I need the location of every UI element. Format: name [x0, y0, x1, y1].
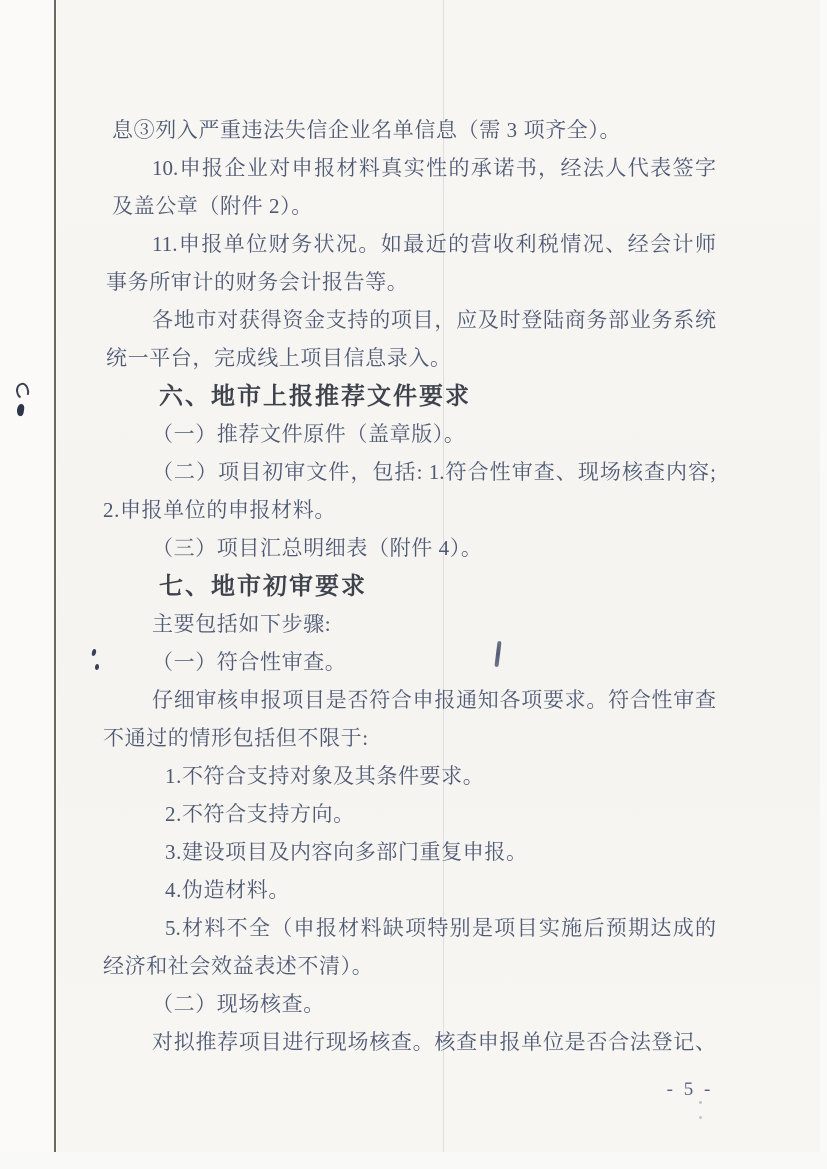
document-line: 3.建设项目及内容向多部门重复申报。 [165, 833, 528, 871]
faint-dot-lower-icon [699, 1116, 702, 1119]
section-heading: 七、地市初审要求 [159, 567, 367, 605]
document-line: 2.不符合支持方向。 [165, 795, 355, 833]
section-heading: 六、地市上报推荐文件要求 [159, 377, 471, 415]
document-line: 及盖公章（附件 2）。 [112, 187, 313, 225]
document-line: （一）推荐文件原件（盖章版）。 [152, 415, 466, 453]
document-line: 4.伪造材料。 [165, 871, 290, 909]
document-line: 11.申报单位财务状况。如最近的营收利税情况、经会计师 [152, 225, 716, 263]
document-line: （三）项目汇总明细表（附件 4）。 [152, 529, 482, 567]
document-line: 统一平台，完成线上项目信息录入。 [106, 339, 452, 377]
document-line: 2.申报单位的申报材料。 [103, 491, 336, 529]
document-line: 5.材料不全（申报材料缺项特别是项目实施后预期达成的 [165, 909, 716, 947]
document-line: 主要包括如下步骤: [152, 605, 331, 643]
document-line: （二）现场核查。 [152, 985, 325, 1023]
document-line: 对拟推荐项目进行现场核查。核查申报单位是否合法登记、 [152, 1023, 716, 1061]
page-number: - 5 - [640, 1072, 740, 1108]
document-line: （二）项目初审文件，包括: 1.符合性审查、现场核查内容; [152, 453, 716, 491]
document-line: 不通过的情形包括但不限于: [103, 719, 369, 757]
scanned-document-page: 息③列入严重违法失信企业名单信息（需 3 项齐全）。10.申报企业对申报材料真实… [0, 0, 827, 1169]
document-line: 事务所审计的财务会计报告等。 [106, 263, 408, 301]
document-line: 息③列入严重违法失信企业名单信息（需 3 项齐全）。 [112, 111, 621, 149]
document-line: 10.申报企业对申报材料真实性的承诺书，经法人代表签字 [152, 149, 716, 187]
document-line: 经济和社会效益表述不清）。 [103, 947, 373, 985]
document-line: 仔细审核申报项目是否符合申报通知各项要求。符合性审查 [152, 681, 716, 719]
document-text-body: 息③列入严重违法失信企业名单信息（需 3 项齐全）。10.申报企业对申报材料真实… [0, 0, 827, 1169]
document-line: 各地市对获得资金支持的项目，应及时登陆商务部业务系统 [152, 301, 716, 339]
document-line: （一）符合性审查。 [152, 643, 346, 681]
document-line: 1.不符合支持对象及其条件要求。 [165, 757, 484, 795]
